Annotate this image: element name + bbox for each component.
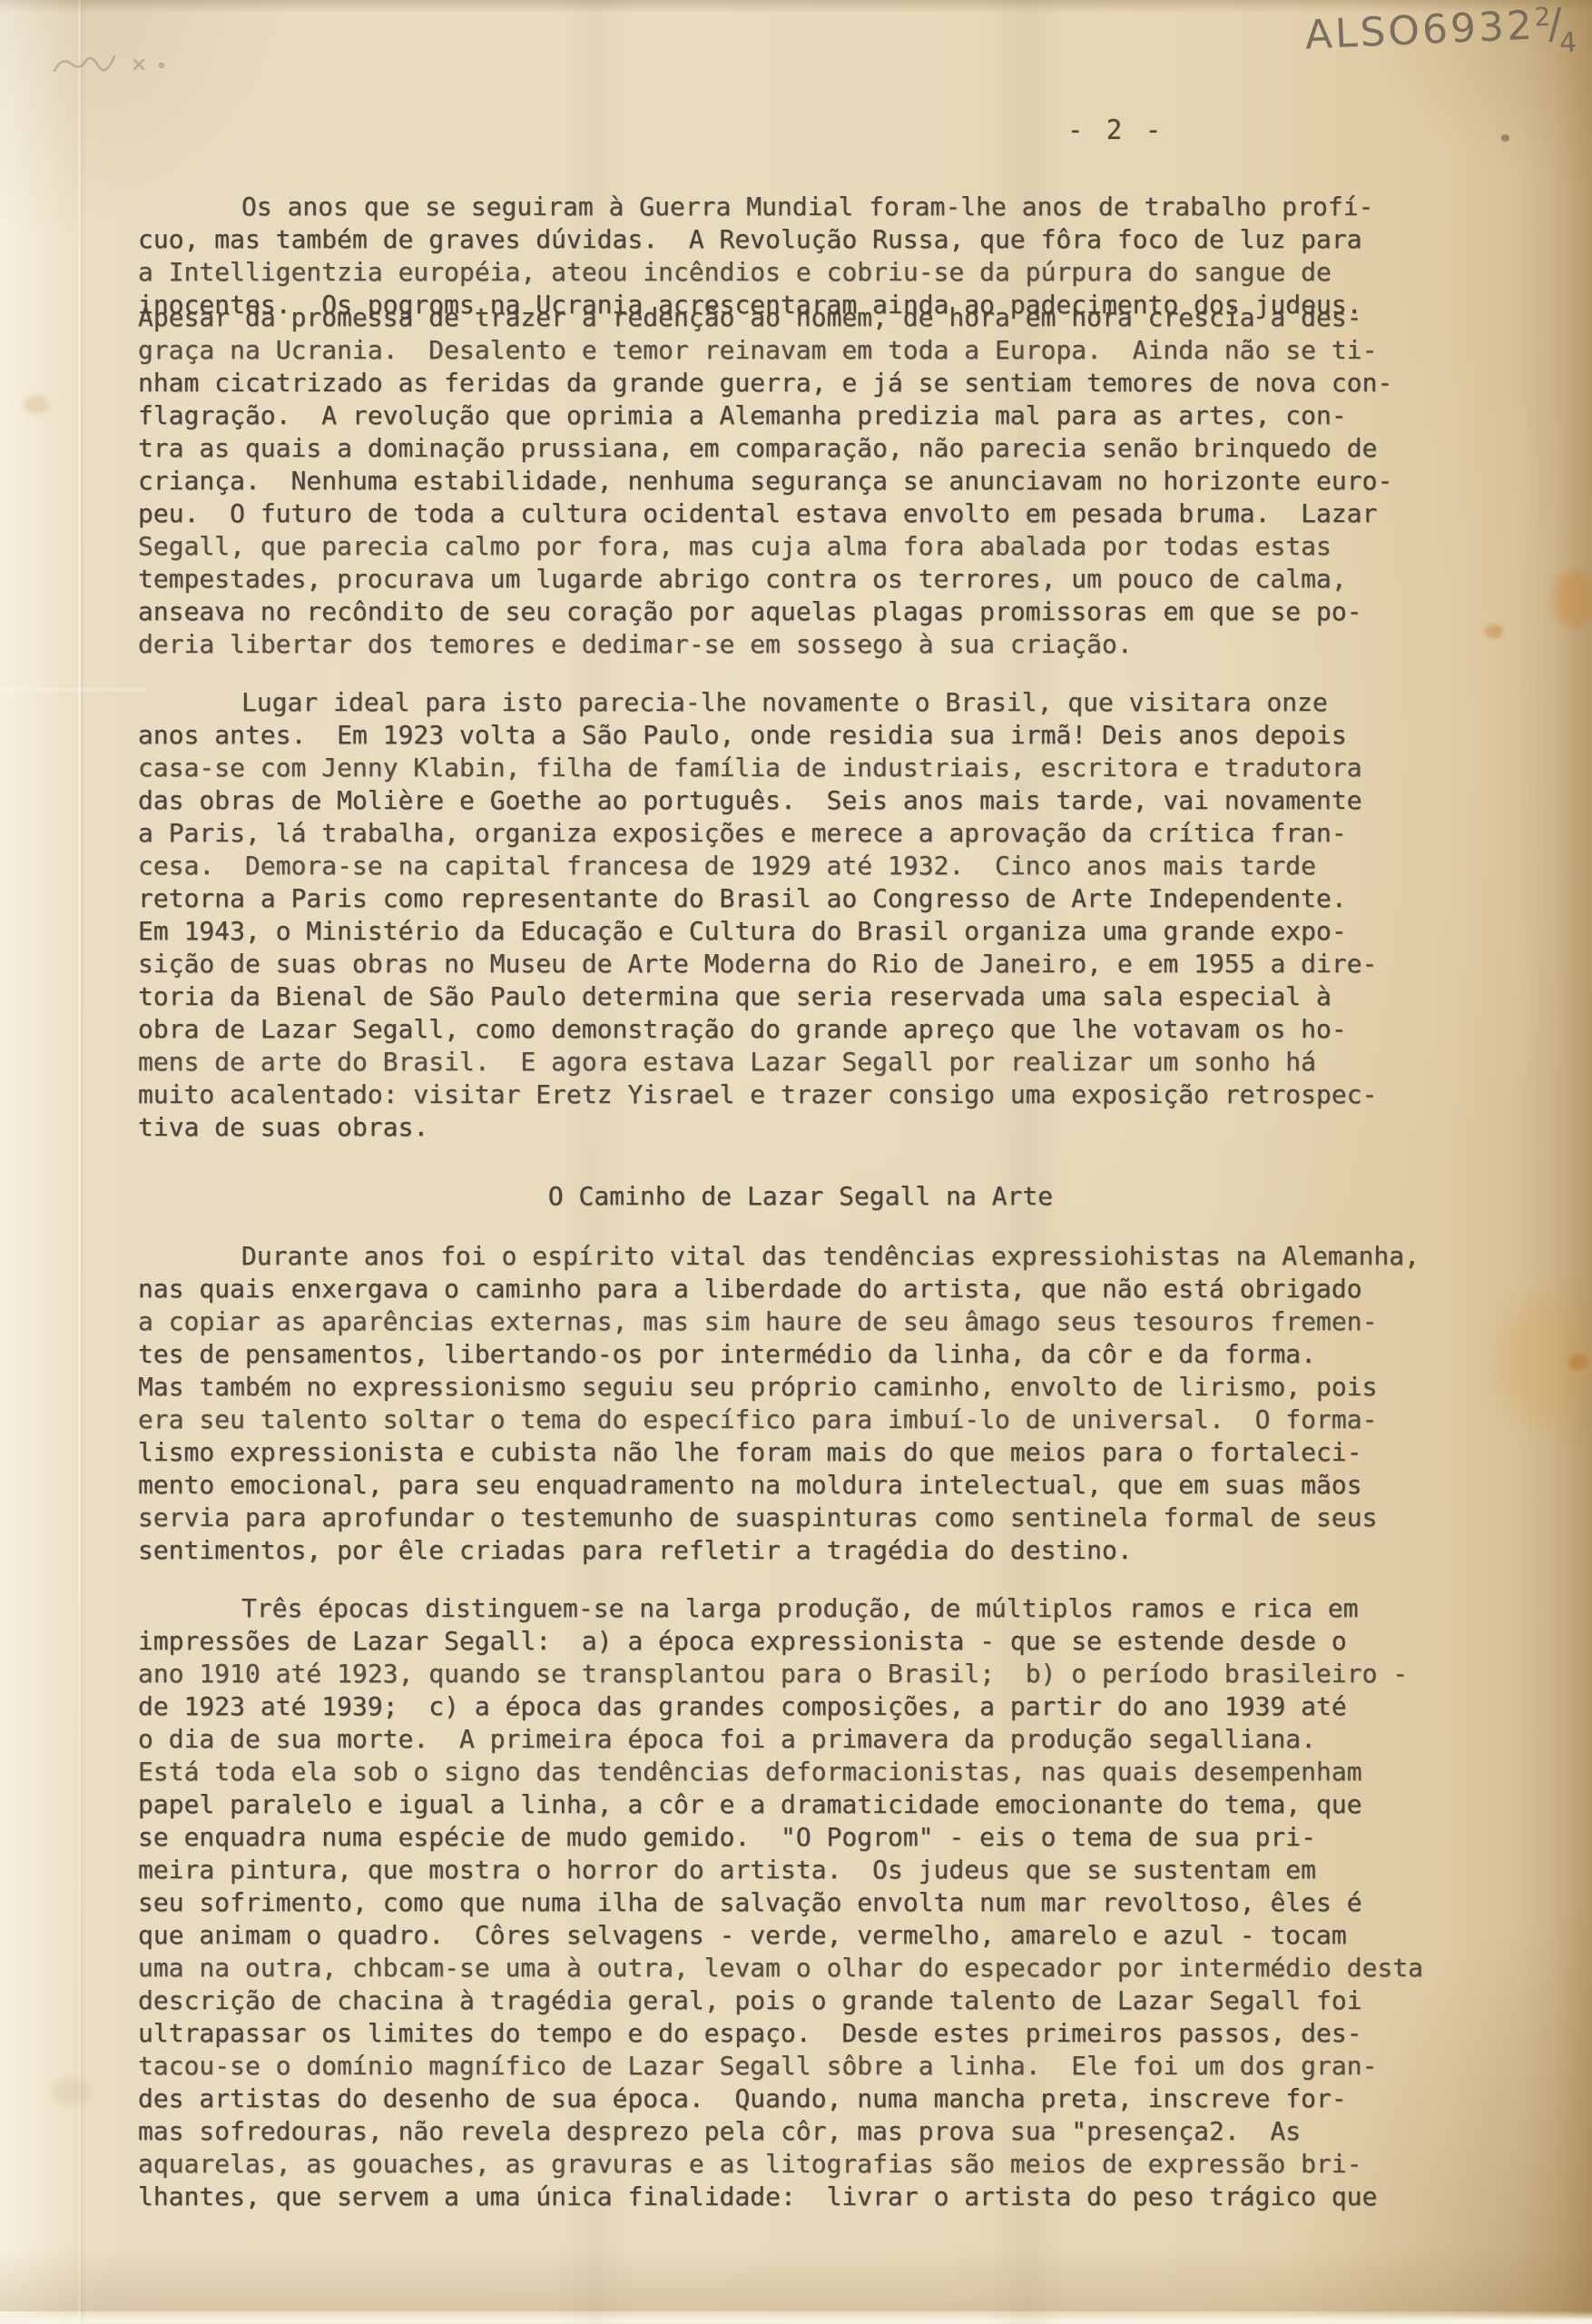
- typed-line: Segall, que parecia calmo por fora, mas …: [138, 530, 1463, 563]
- typed-line: ano 1910 até 1923, quando se transplanto…: [138, 1658, 1463, 1690]
- typed-line: retorna a Paris como representante do Br…: [138, 882, 1463, 915]
- typed-line: cuo, mas também de graves dúvidas. A Rev…: [138, 223, 1463, 256]
- typed-line: a copiar as aparências externas, mas sim…: [138, 1305, 1463, 1338]
- typed-line: o dia de sua morte. A primeira época foi…: [138, 1723, 1463, 1756]
- paper-fold-mark: [0, 688, 145, 691]
- page-number: - 2 -: [1067, 114, 1165, 145]
- typed-line: casa-se com Jenny Klabin, filha de famíl…: [138, 752, 1463, 784]
- typed-paragraph: Três épocas distinguem-se na larga produ…: [138, 1592, 1463, 2213]
- typed-line: a Intelligentzia européia, ateou incêndi…: [138, 256, 1463, 289]
- typed-line: Os anos que se seguiram à Guerra Mundial…: [138, 191, 1463, 223]
- typed-line: obra de Lazar Segall, como demonstração …: [138, 1013, 1463, 1046]
- paper-stain: [51, 2079, 91, 2104]
- paper-edge-shading: [1519, 0, 1592, 2324]
- typed-line: muito acalentado: visitar Eretz Yisrael …: [138, 1078, 1463, 1111]
- paper-stain: [1568, 1354, 1588, 1370]
- typed-line: servia para aprofundar o testemunho de s…: [138, 1502, 1463, 1534]
- typed-line: aquarelas, as gouaches, as gravuras e as…: [138, 2148, 1463, 2181]
- paper-edge-shading: [0, 2248, 1592, 2311]
- typed-line: impressões de Lazar Segall: a) a época e…: [138, 1625, 1463, 1658]
- typed-paragraph: Durante anos foi o espírito vital das te…: [138, 1240, 1463, 1567]
- typed-line: mens de arte do Brasil. E agora estava L…: [138, 1046, 1463, 1078]
- section-heading: O Caminho de Lazar Segall na Arte: [138, 1180, 1463, 1213]
- typed-line: era seu talento soltar o tema do específ…: [138, 1403, 1463, 1436]
- typed-line: anos antes. Em 1923 volta a São Paulo, o…: [138, 719, 1463, 752]
- archive-reference-fraction-denominator: 4: [1559, 26, 1581, 59]
- typed-line: sição de suas obras no Museu de Arte Mod…: [138, 948, 1463, 980]
- typed-paragraph: Os anos que se seguiram à Guerra Mundial…: [138, 191, 1463, 661]
- typed-line: peu. O futuro de toda a cultura ocidenta…: [138, 497, 1463, 530]
- paper-stain: [1554, 570, 1592, 628]
- typed-line: a Paris, lá trabalha, organiza exposiçõe…: [138, 817, 1463, 850]
- paper-stain: [24, 396, 49, 414]
- typed-line: que animam o quadro. Côres selvagens - v…: [138, 1919, 1463, 1952]
- typed-line: meira pintura, que mostra o horror do ar…: [138, 1854, 1463, 1886]
- paper-crease: [78, 0, 81, 2324]
- typed-line: papel paralelo e igual a linha, a côr e …: [138, 1788, 1463, 1821]
- typed-text-body: Os anos que se seguiram à Guerra Mundial…: [138, 191, 1463, 2239]
- typed-line: toria da Bienal de São Paulo determina q…: [138, 980, 1463, 1013]
- typed-line: cesa. Demora-se na capital francesa de 1…: [138, 850, 1463, 882]
- typed-line: uma na outra, chbcam-se uma à outra, lev…: [138, 1952, 1463, 1984]
- scan-bottom-strip: [0, 2311, 1592, 2324]
- typed-line: ultrapassar os limites do tempo e do esp…: [138, 2017, 1463, 2050]
- typed-line: Durante anos foi o espírito vital das te…: [138, 1240, 1463, 1273]
- typed-line: tra as quais a dominação prussiana, em c…: [138, 432, 1463, 465]
- archive-reference-code: ALSO6932: [1304, 3, 1536, 59]
- typed-line: de 1923 até 1939; c) a época das grandes…: [138, 1690, 1463, 1723]
- typed-line: Mas também no expressionismo seguiu seu …: [138, 1371, 1463, 1403]
- pencil-scribble-mark: [47, 36, 220, 100]
- typed-line: tacou-se o domínio magnífico de Lazar Se…: [138, 2050, 1463, 2083]
- typed-line: Três épocas distinguem-se na larga produ…: [138, 1592, 1463, 1625]
- scanned-typewritten-page: ALSO69322/4 - 2 - Os anos que se seguira…: [0, 0, 1592, 2324]
- typed-line: sentimentos, por êle criadas para reflet…: [138, 1534, 1463, 1567]
- typed-line: tempestades, procurava um lugarde abrigo…: [138, 563, 1463, 596]
- typed-line: des artistas do desenho de sua época. Qu…: [138, 2083, 1463, 2115]
- paper-stain: [1485, 625, 1503, 638]
- typed-line: Apesar da promessa de trazer a redenção …: [138, 301, 1463, 334]
- typed-line: Em 1943, o Ministério da Educação e Cult…: [138, 915, 1463, 948]
- typed-line: se enquadra numa espécie de mudo gemido.…: [138, 1821, 1463, 1854]
- typed-line: mas sofredouras, não revela desprezo pel…: [138, 2115, 1463, 2148]
- ink-speck: [1501, 134, 1509, 142]
- typed-line: nham cicatrizado as feridas da grande gu…: [138, 367, 1463, 399]
- typed-line: criança. Nenhuma estabilidade, nenhuma s…: [138, 465, 1463, 497]
- typed-paragraph: Lugar ideal para isto parecia-lhe novame…: [138, 686, 1463, 1144]
- typed-line: tiva de suas obras.: [138, 1111, 1463, 1144]
- typed-line: Lugar ideal para isto parecia-lhe novame…: [138, 686, 1463, 719]
- typed-line: seu sofrimento, como que numa ilha de sa…: [138, 1886, 1463, 1919]
- typed-line: graça na Ucrania. Desalento e temor rein…: [138, 334, 1463, 367]
- typed-line: tes de pensamentos, libertando-os por in…: [138, 1338, 1463, 1371]
- typed-line: descrição de chacina à tragédia geral, p…: [138, 1984, 1463, 2017]
- typed-line: lismo expressionista e cubista não lhe f…: [138, 1436, 1463, 1469]
- typed-line: flagração. A revolução que oprimia a Ale…: [138, 399, 1463, 432]
- typed-line: lhantes, que servem a uma única finalida…: [138, 2181, 1463, 2213]
- paper-edge-shading: [0, 0, 86, 2324]
- typed-line: nas quais enxergava o caminho para a lib…: [138, 1273, 1463, 1305]
- typed-line: mento emocional, para seu enquadramento …: [138, 1469, 1463, 1502]
- typed-line: deria libertar dos temores e dedimar-se …: [138, 628, 1463, 661]
- typed-line: Está toda ela sob o signo das tendências…: [138, 1756, 1463, 1788]
- typed-line: anseava no recôndito de seu coração por …: [138, 596, 1463, 628]
- archive-reference-annotation: ALSO69322/4: [1304, 0, 1580, 71]
- typed-line: das obras de Molière e Goethe ao portugu…: [138, 784, 1463, 817]
